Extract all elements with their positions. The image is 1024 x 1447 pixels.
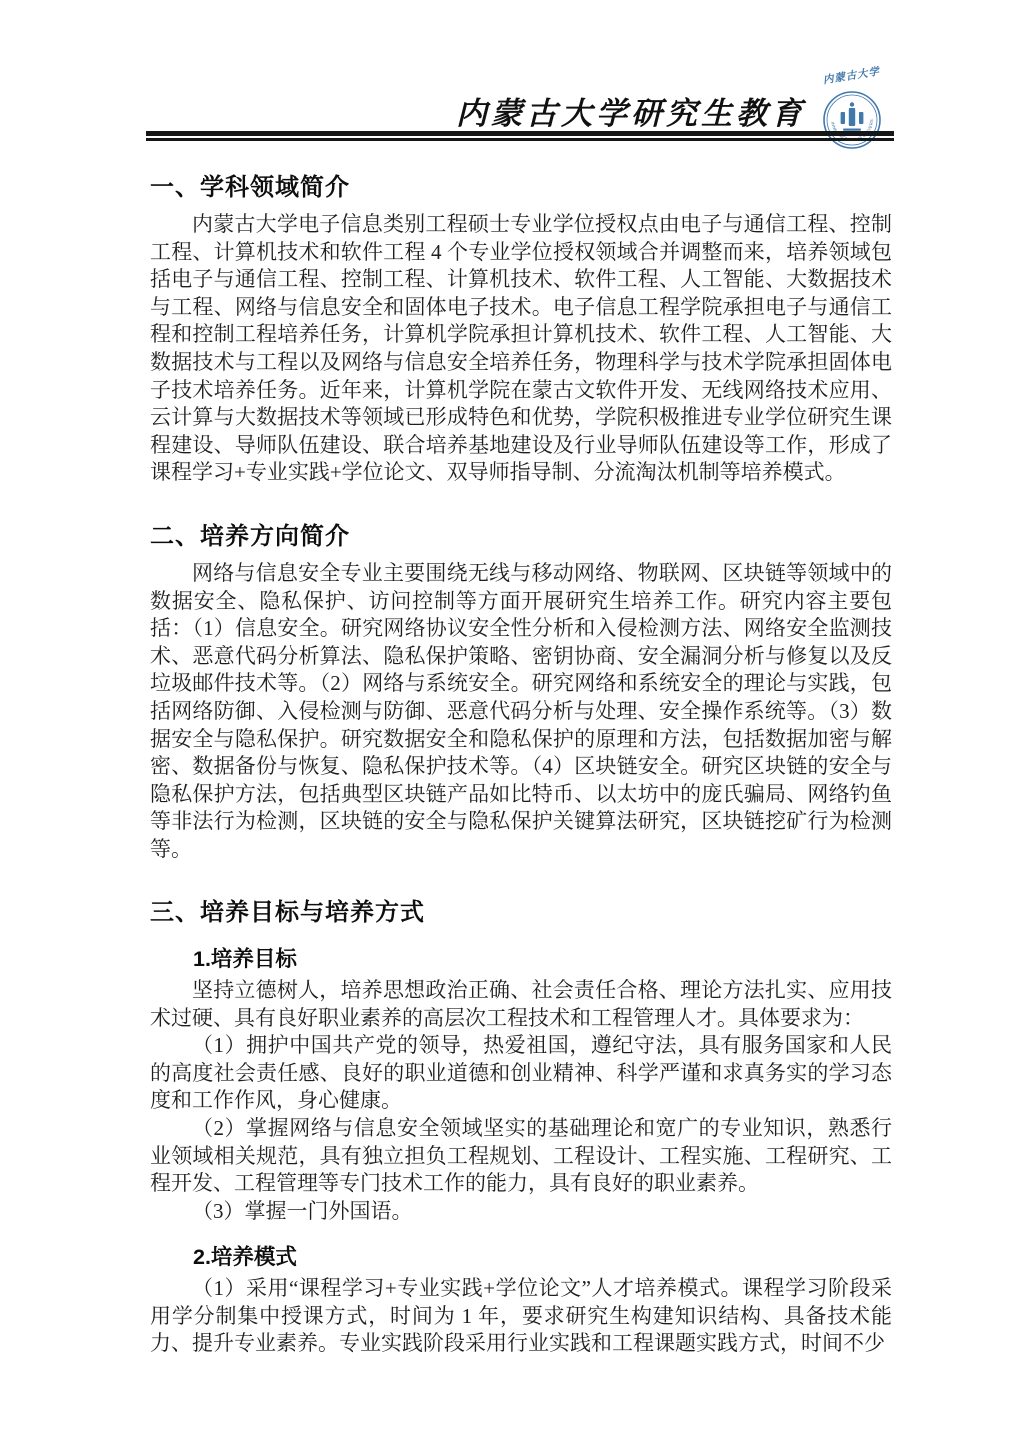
section-heading: 二、培养方向简介: [150, 516, 892, 551]
body-paragraph: （2）掌握网络与信息安全领域坚实的基础理论和宽广的专业知识，熟悉行业领域相关规范…: [150, 1115, 892, 1198]
header-title: 内蒙古大学研究生教育: [456, 88, 806, 133]
subsection-heading-mode: 2.培养模式: [150, 1244, 892, 1272]
body-paragraph: （1）采用“课程学习+专业实践+学位论文”人才培养模式。课程学习阶段采用学分制集…: [150, 1275, 892, 1358]
section-heading: 一、学科领域简介: [150, 167, 892, 202]
body-paragraph: 坚持立德树人，培养思想政治正确、社会责任合格、理论方法扎实、应用技术过硬、具有良…: [150, 977, 892, 1032]
document-content: 一、学科领域简介 内蒙古大学电子信息类别工程硕士专业学位授权点由电子与通信工程、…: [150, 142, 892, 1358]
header-divider: [146, 131, 894, 141]
section-discipline-overview: 一、学科领域简介 内蒙古大学电子信息类别工程硕士专业学位授权点由电子与通信工程、…: [150, 167, 892, 487]
section-training-goals: 三、培养目标与培养方式 1.培养目标 坚持立德树人，培养思想政治正确、社会责任合…: [150, 892, 892, 1357]
body-paragraph: （3）掌握一门外国语。: [150, 1198, 892, 1226]
section-training-direction: 二、培养方向简介 网络与信息安全专业主要围绕无线与移动网络、物联网、区块链等领域…: [150, 516, 892, 864]
body-paragraph: （1）拥护中国共产党的领导，热爱祖国，遵纪守法，具有服务国家和人民的高度社会责任…: [150, 1032, 892, 1115]
section-heading: 三、培养目标与培养方式: [150, 892, 892, 927]
body-paragraph: 网络与信息安全专业主要围绕无线与移动网络、物联网、区块链等领域中的数据安全、隐私…: [150, 560, 892, 864]
seal-calligraphy-text: 内蒙古大学: [822, 66, 881, 86]
subsection-heading-goals: 1.培养目标: [150, 946, 892, 974]
body-paragraph: 内蒙古大学电子信息类别工程硕士专业学位授权点由电子与通信工程、控制工程、计算机技…: [150, 211, 892, 487]
document-page: 内蒙古大学研究生教育 内蒙古大学 INNER MONGOLIA UNIVERSI…: [0, 0, 1024, 1447]
